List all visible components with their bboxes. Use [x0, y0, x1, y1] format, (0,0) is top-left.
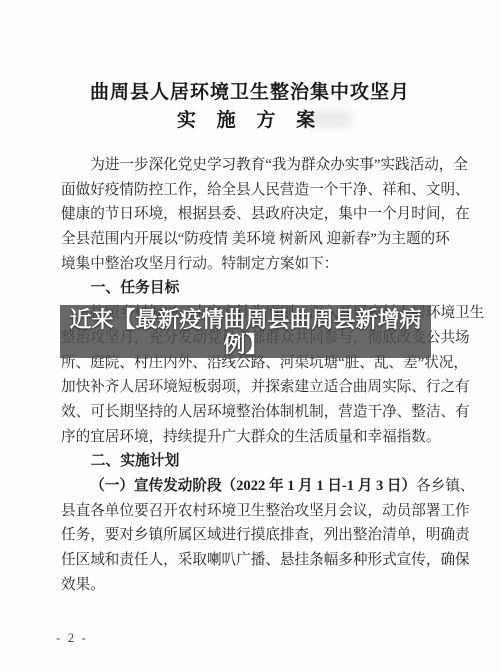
page-number: - 2 - — [56, 630, 88, 646]
doc-line: 县直各单位要召开农村环境卫生整治攻坚月会议，动员部署工作 — [61, 499, 441, 524]
doc-line: 面做好疫情防控工作，给全县人民营造一个干净、祥和、文明、 — [61, 178, 441, 203]
news-caption-text: 近来【最新疫情曲周县曲周县新增病例】 — [65, 307, 427, 357]
document-body: 为进一步深化党史学习教育“我为群众办实事”实践活动，全 面做好疫情防控工作，给全… — [61, 153, 441, 597]
doc-line: 任务，要对乡镇所属区域进行摸底排查，列出整治清单，明确责 — [61, 523, 441, 548]
doc-line: 全县范围内开展以“防疫情 美环境 树新风 迎新春”为主题的环 — [61, 227, 441, 252]
doc-line: 效、可长期坚持的人居环境整治体制机制，营造干净、整洁、有 — [61, 400, 441, 425]
document-title-line1: 曲周县人居环境卫生整治集中攻坚月 — [0, 80, 500, 106]
doc-line: 序的宜居环境，持续提升广大群众的生活质量和幸福指数。 — [61, 425, 441, 450]
section-heading-1: 一、任务目标 — [61, 276, 441, 301]
section-heading-2: 二、实施计划 — [61, 449, 441, 474]
news-caption-banner: 近来【最新疫情曲周县曲周县新增病例】 — [60, 305, 431, 358]
doc-line: 效果。 — [61, 573, 441, 598]
document-photo: 曲周县人居环境卫生整治集中攻坚月 实 施 方 案 为进一步深化党史学习教育“我为… — [0, 0, 500, 672]
document-title-line2: 实 施 方 案 — [0, 108, 500, 134]
doc-line: 境集中整治攻坚月行动。特制定方案如下： — [61, 252, 441, 277]
scan-smudge-artifact — [306, 110, 352, 128]
doc-line: 加快补齐人居环境短板弱项，并探索建立适合曲周实际、行之有 — [61, 375, 441, 400]
doc-line: 任区域和责任人，采取喇叭广播、悬挂条幅多种形式宣传，确保 — [61, 548, 441, 573]
doc-line-text: 各乡镇、 — [416, 478, 474, 494]
document-title: 曲周县人居环境卫生整治集中攻坚月 实 施 方 案 — [0, 80, 500, 134]
doc-line: （一）宣传发动阶段（2022 年 1 月 1 日-1 月 3 日）各乡镇、 — [61, 474, 441, 499]
subsection-heading: （一）宣传发动阶段（2022 年 1 月 1 日-1 月 3 日） — [90, 478, 416, 494]
doc-line: 为进一步深化党史学习教育“我为群众办实事”实践活动，全 — [61, 153, 441, 178]
doc-line: 健康的节日环境，根据县委、县政府决定，集中一个月时间，在 — [61, 202, 441, 227]
